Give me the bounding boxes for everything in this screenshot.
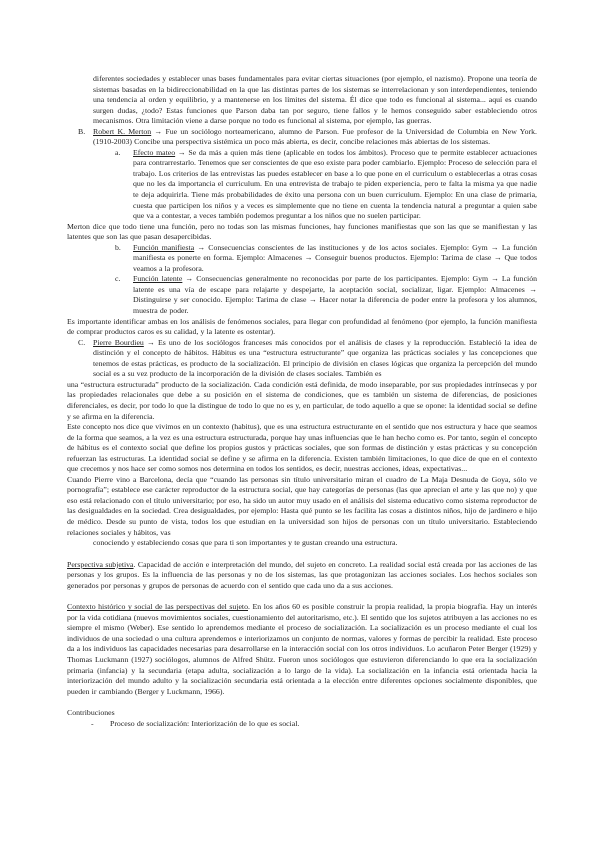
perspectiva-subjetiva-text: . Capacidad de acción e interpretación d…	[67, 560, 537, 590]
contribuciones-item-text: Proceso de socialización: Interiorizació…	[110, 719, 299, 728]
contribuciones-list-item: - Proceso de socialización: Interiorizac…	[67, 719, 537, 730]
section-perspectiva-subjetiva: Perspectiva subjetiva. Capacidad de acci…	[67, 560, 537, 592]
dash-bullet: -	[91, 719, 94, 730]
paragraph-estructura-estructurada: una “estructura estructurada” producto d…	[67, 380, 537, 422]
blank-line	[67, 549, 537, 560]
funcion-latente-title: Función latente	[133, 274, 182, 283]
blank-line	[67, 697, 537, 708]
heading-contribuciones: Contribuciones	[67, 708, 537, 719]
list-label-c: C.	[78, 338, 85, 349]
list-item-robert-merton: B. Robert K. Merton → Fue un sociólogo n…	[67, 127, 537, 148]
merton-title: Robert K. Merton	[93, 127, 151, 136]
sub-label-c: c.	[115, 274, 120, 285]
document-page: diferentes sociedades y establecer unas …	[67, 74, 537, 729]
section-contexto-historico: Contexto histórico y social de las persp…	[67, 602, 537, 697]
perspectiva-subjetiva-heading: Perspectiva subjetiva	[67, 560, 134, 569]
funcion-latente-text: → Consecuencias generalmente no reconoci…	[133, 274, 537, 315]
paragraph-merton-functions: Merton dice que todo tiene una función, …	[67, 222, 537, 243]
efecto-mateo-text: → Se da más a quien más tiene (aplicable…	[133, 148, 537, 220]
efecto-mateo-title: Efecto mateo	[133, 148, 175, 157]
paragraph-analysis-note: Es importante identificar ambas en los a…	[67, 317, 537, 338]
contexto-historico-text: . En los años 60 es posible construir la…	[67, 602, 537, 695]
paragraph-habitus-concept: Este concepto nos dice que vivimos en un…	[67, 422, 537, 475]
contexto-historico-heading: Contexto histórico y social de las persp…	[67, 602, 248, 611]
sub-label-a: a.	[115, 148, 120, 159]
merton-text: → Fue un sociólogo norteamericano, alumn…	[93, 127, 537, 147]
sub-item-efecto-mateo: a. Efecto mateo → Se da más a quien más …	[67, 148, 537, 222]
paragraph-bourdieu-closing-line: conociendo y estableciendo cosas que par…	[93, 538, 537, 549]
sub-label-b: b.	[115, 243, 121, 254]
paragraph-systems-continuation: diferentes sociedades y establecer unas …	[93, 74, 537, 127]
funcion-manifiesta-title: Función manifiesta	[133, 243, 194, 252]
paragraph-barcelona-quote: Cuando Pierre vino a Barcelona, decía qu…	[67, 475, 537, 538]
sub-item-funcion-manifiesta: b. Función manifiesta → Consecuencias co…	[67, 243, 537, 275]
list-label-b: B.	[78, 127, 85, 138]
bourdieu-text: → Es uno de los sociólogos franceses más…	[93, 338, 537, 379]
funcion-manifiesta-text: → Consecuencias conscientes de las insti…	[133, 243, 537, 273]
sub-item-funcion-latente: c. Función latente → Consecuencias gener…	[67, 274, 537, 316]
list-item-pierre-bourdieu: C. Pierre Bourdieu → Es uno de los soció…	[67, 338, 537, 380]
bourdieu-title: Pierre Bourdieu	[93, 338, 144, 347]
blank-line	[67, 591, 537, 602]
